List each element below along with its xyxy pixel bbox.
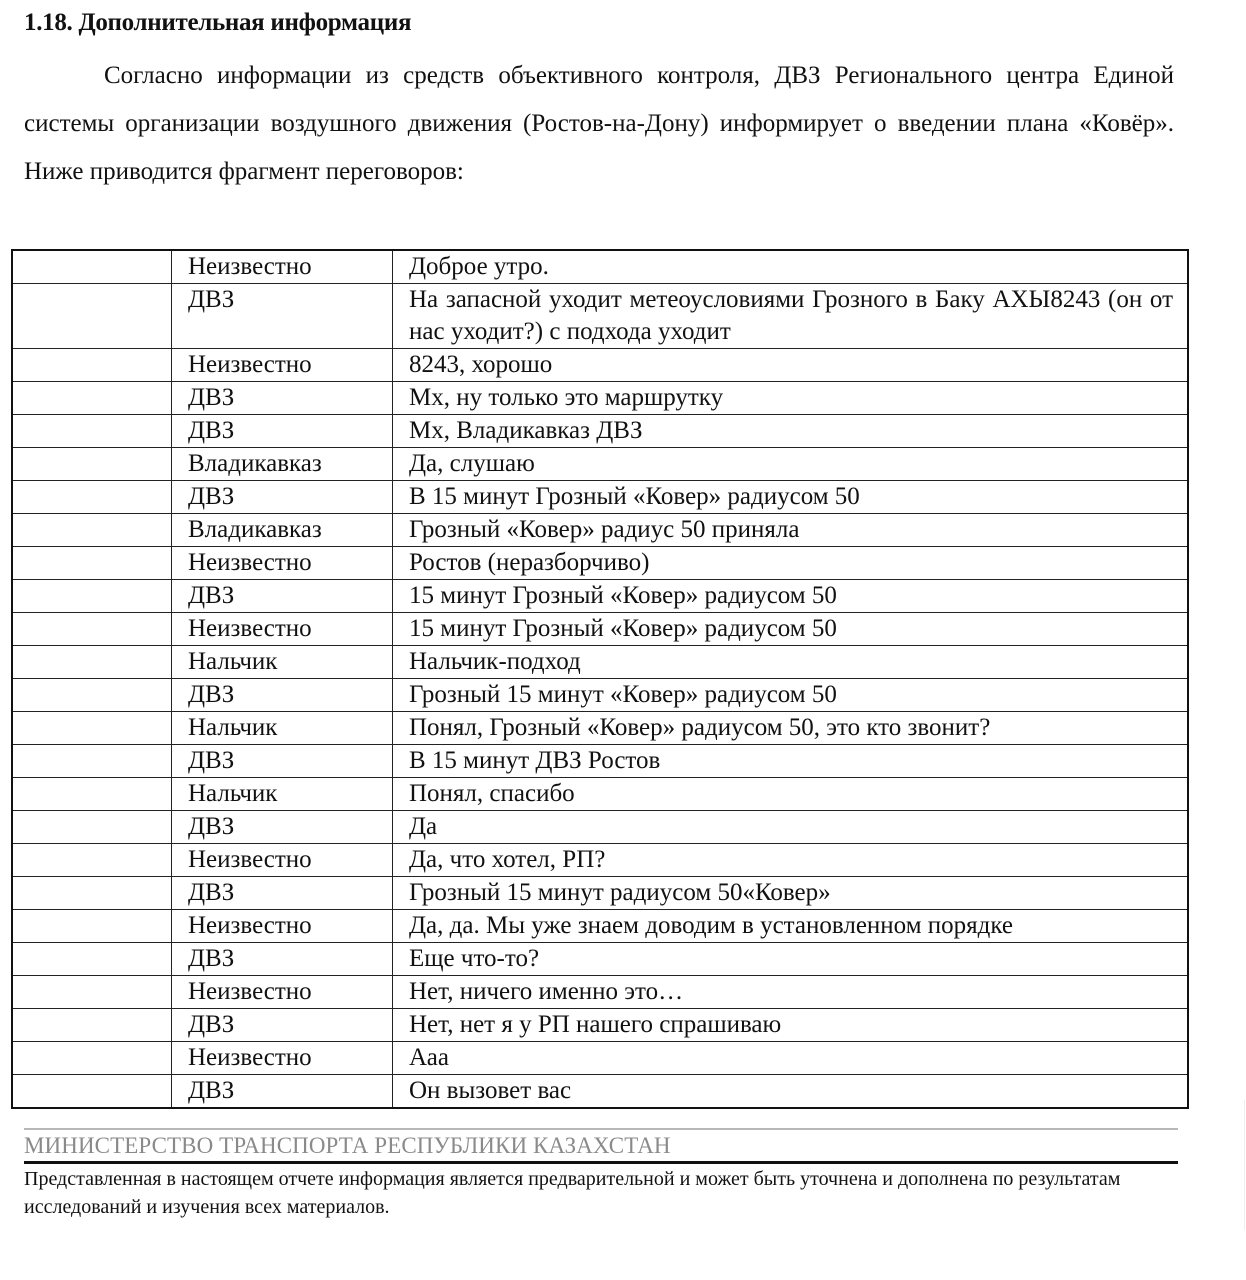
row-number-cell: [12, 613, 172, 646]
page-edge: [1244, 1100, 1245, 1230]
speaker-cell: ДВЗ: [172, 481, 393, 514]
message-cell: Ростов (неразборчиво): [393, 547, 1189, 580]
table-row: НеизвестноНет, ничего именно это…: [12, 976, 1188, 1009]
speaker-cell: ДВЗ: [172, 580, 393, 613]
row-number-cell: [12, 646, 172, 679]
row-number-cell: [12, 382, 172, 415]
intro-text: Согласно информации из средств объективн…: [24, 52, 1174, 196]
table-row: Неизвестно8243, хорошо: [12, 349, 1188, 382]
table-row: НальчикПонял, Грозный «Ковер» радиусом 5…: [12, 712, 1188, 745]
footer-disclaimer: Представленная в настоящем отчете информ…: [24, 1165, 1178, 1221]
row-number-cell: [12, 415, 172, 448]
message-cell: Да: [393, 811, 1189, 844]
speaker-cell: Неизвестно: [172, 349, 393, 382]
message-cell: Грозный 15 минут «Ковер» радиусом 50: [393, 679, 1189, 712]
table-row: НеизвестноДоброе утро.: [12, 250, 1188, 284]
message-cell: Да, что хотел, РП?: [393, 844, 1189, 877]
row-number-cell: [12, 910, 172, 943]
table-row: ДВЗМх, Владикавказ ДВЗ: [12, 415, 1188, 448]
table-row: ДВЗНет, нет я у РП нашего спрашиваю: [12, 1009, 1188, 1042]
row-number-cell: [12, 349, 172, 382]
speaker-cell: Нальчик: [172, 778, 393, 811]
table-row: ДВЗНа запасной уходит метеоусловиями Гро…: [12, 284, 1188, 349]
message-cell: Да, слушаю: [393, 448, 1189, 481]
speaker-cell: Неизвестно: [172, 250, 393, 284]
table-row: НальчикПонял, спасибо: [12, 778, 1188, 811]
table-row: ДВЗЕще что-то?: [12, 943, 1188, 976]
row-number-cell: [12, 778, 172, 811]
table-row: НальчикНальчик-подход: [12, 646, 1188, 679]
speaker-cell: Владикавказ: [172, 448, 393, 481]
table-row: ВладикавказГрозный «Ковер» радиус 50 при…: [12, 514, 1188, 547]
row-number-cell: [12, 844, 172, 877]
row-number-cell: [12, 877, 172, 910]
message-cell: Нальчик-подход: [393, 646, 1189, 679]
intro-paragraph: Согласно информации из средств объективн…: [24, 52, 1174, 196]
transcript-table: НеизвестноДоброе утро.ДВЗНа запасной ухо…: [11, 249, 1189, 1109]
message-cell: Нет, ничего именно это…: [393, 976, 1189, 1009]
message-cell: В 15 минут ДВЗ Ростов: [393, 745, 1189, 778]
row-number-cell: [12, 679, 172, 712]
message-cell: Ааа: [393, 1042, 1189, 1075]
table-row: ДВЗОн вызовет вас: [12, 1075, 1188, 1109]
table-row: ДВЗГрозный 15 минут «Ковер» радиусом 50: [12, 679, 1188, 712]
row-number-cell: [12, 250, 172, 284]
message-cell: Понял, спасибо: [393, 778, 1189, 811]
speaker-cell: ДВЗ: [172, 284, 393, 349]
message-cell: 15 минут Грозный «Ковер» радиусом 50: [393, 580, 1189, 613]
table-row: ДВЗГрозный 15 минут радиусом 50«Ковер»: [12, 877, 1188, 910]
speaker-cell: Неизвестно: [172, 1042, 393, 1075]
message-cell: 8243, хорошо: [393, 349, 1189, 382]
row-number-cell: [12, 811, 172, 844]
row-number-cell: [12, 448, 172, 481]
table-row: ВладикавказДа, слушаю: [12, 448, 1188, 481]
speaker-cell: Нальчик: [172, 712, 393, 745]
speaker-cell: Неизвестно: [172, 844, 393, 877]
row-number-cell: [12, 547, 172, 580]
speaker-cell: ДВЗ: [172, 415, 393, 448]
row-number-cell: [12, 1075, 172, 1109]
row-number-cell: [12, 1009, 172, 1042]
table-row: Неизвестно15 минут Грозный «Ковер» радиу…: [12, 613, 1188, 646]
message-cell: Понял, Грозный «Ковер» радиусом 50, это …: [393, 712, 1189, 745]
row-number-cell: [12, 580, 172, 613]
speaker-cell: ДВЗ: [172, 382, 393, 415]
table-row: НеизвестноДа, что хотел, РП?: [12, 844, 1188, 877]
speaker-cell: Неизвестно: [172, 547, 393, 580]
table-row: ДВЗМх, ну только это маршрутку: [12, 382, 1188, 415]
speaker-cell: ДВЗ: [172, 943, 393, 976]
table-row: НеизвестноДа, да. Мы уже знаем доводим в…: [12, 910, 1188, 943]
footer-ministry: МИНИСТЕРСТВО ТРАНСПОРТА РЕСПУБЛИКИ КАЗАХ…: [24, 1128, 1178, 1159]
message-cell: Нет, нет я у РП нашего спрашиваю: [393, 1009, 1189, 1042]
speaker-cell: ДВЗ: [172, 679, 393, 712]
message-cell: Он вызовет вас: [393, 1075, 1189, 1109]
speaker-cell: ДВЗ: [172, 1075, 393, 1109]
speaker-cell: Нальчик: [172, 646, 393, 679]
speaker-cell: ДВЗ: [172, 745, 393, 778]
message-cell: 15 минут Грозный «Ковер» радиусом 50: [393, 613, 1189, 646]
message-cell: На запасной уходит метеоусловиями Грозно…: [393, 284, 1189, 349]
speaker-cell: Неизвестно: [172, 910, 393, 943]
table-row: ДВЗВ 15 минут Грозный «Ковер» радиусом 5…: [12, 481, 1188, 514]
footer-divider: [24, 1161, 1178, 1164]
speaker-cell: ДВЗ: [172, 1009, 393, 1042]
message-cell: Мх, ну только это маршрутку: [393, 382, 1189, 415]
speaker-cell: ДВЗ: [172, 811, 393, 844]
table-row: ДВЗВ 15 минут ДВЗ Ростов: [12, 745, 1188, 778]
message-cell: В 15 минут Грозный «Ковер» радиусом 50: [393, 481, 1189, 514]
table-row: НеизвестноРостов (неразборчиво): [12, 547, 1188, 580]
row-number-cell: [12, 284, 172, 349]
transcript-body: НеизвестноДоброе утро.ДВЗНа запасной ухо…: [12, 250, 1188, 1108]
message-cell: Мх, Владикавказ ДВЗ: [393, 415, 1189, 448]
table-row: ДВЗДа: [12, 811, 1188, 844]
row-number-cell: [12, 712, 172, 745]
speaker-cell: Неизвестно: [172, 613, 393, 646]
section-heading: 1.18. Дополнительная информация: [24, 9, 411, 37]
row-number-cell: [12, 481, 172, 514]
speaker-cell: Владикавказ: [172, 514, 393, 547]
message-cell: Грозный «Ковер» радиус 50 приняла: [393, 514, 1189, 547]
message-cell: Грозный 15 минут радиусом 50«Ковер»: [393, 877, 1189, 910]
speaker-cell: Неизвестно: [172, 976, 393, 1009]
row-number-cell: [12, 514, 172, 547]
row-number-cell: [12, 1042, 172, 1075]
row-number-cell: [12, 745, 172, 778]
message-cell: Да, да. Мы уже знаем доводим в установле…: [393, 910, 1189, 943]
message-cell: Доброе утро.: [393, 250, 1189, 284]
message-cell: Еще что-то?: [393, 943, 1189, 976]
table-row: НеизвестноАаа: [12, 1042, 1188, 1075]
speaker-cell: ДВЗ: [172, 877, 393, 910]
row-number-cell: [12, 976, 172, 1009]
table-row: ДВЗ15 минут Грозный «Ковер» радиусом 50: [12, 580, 1188, 613]
row-number-cell: [12, 943, 172, 976]
